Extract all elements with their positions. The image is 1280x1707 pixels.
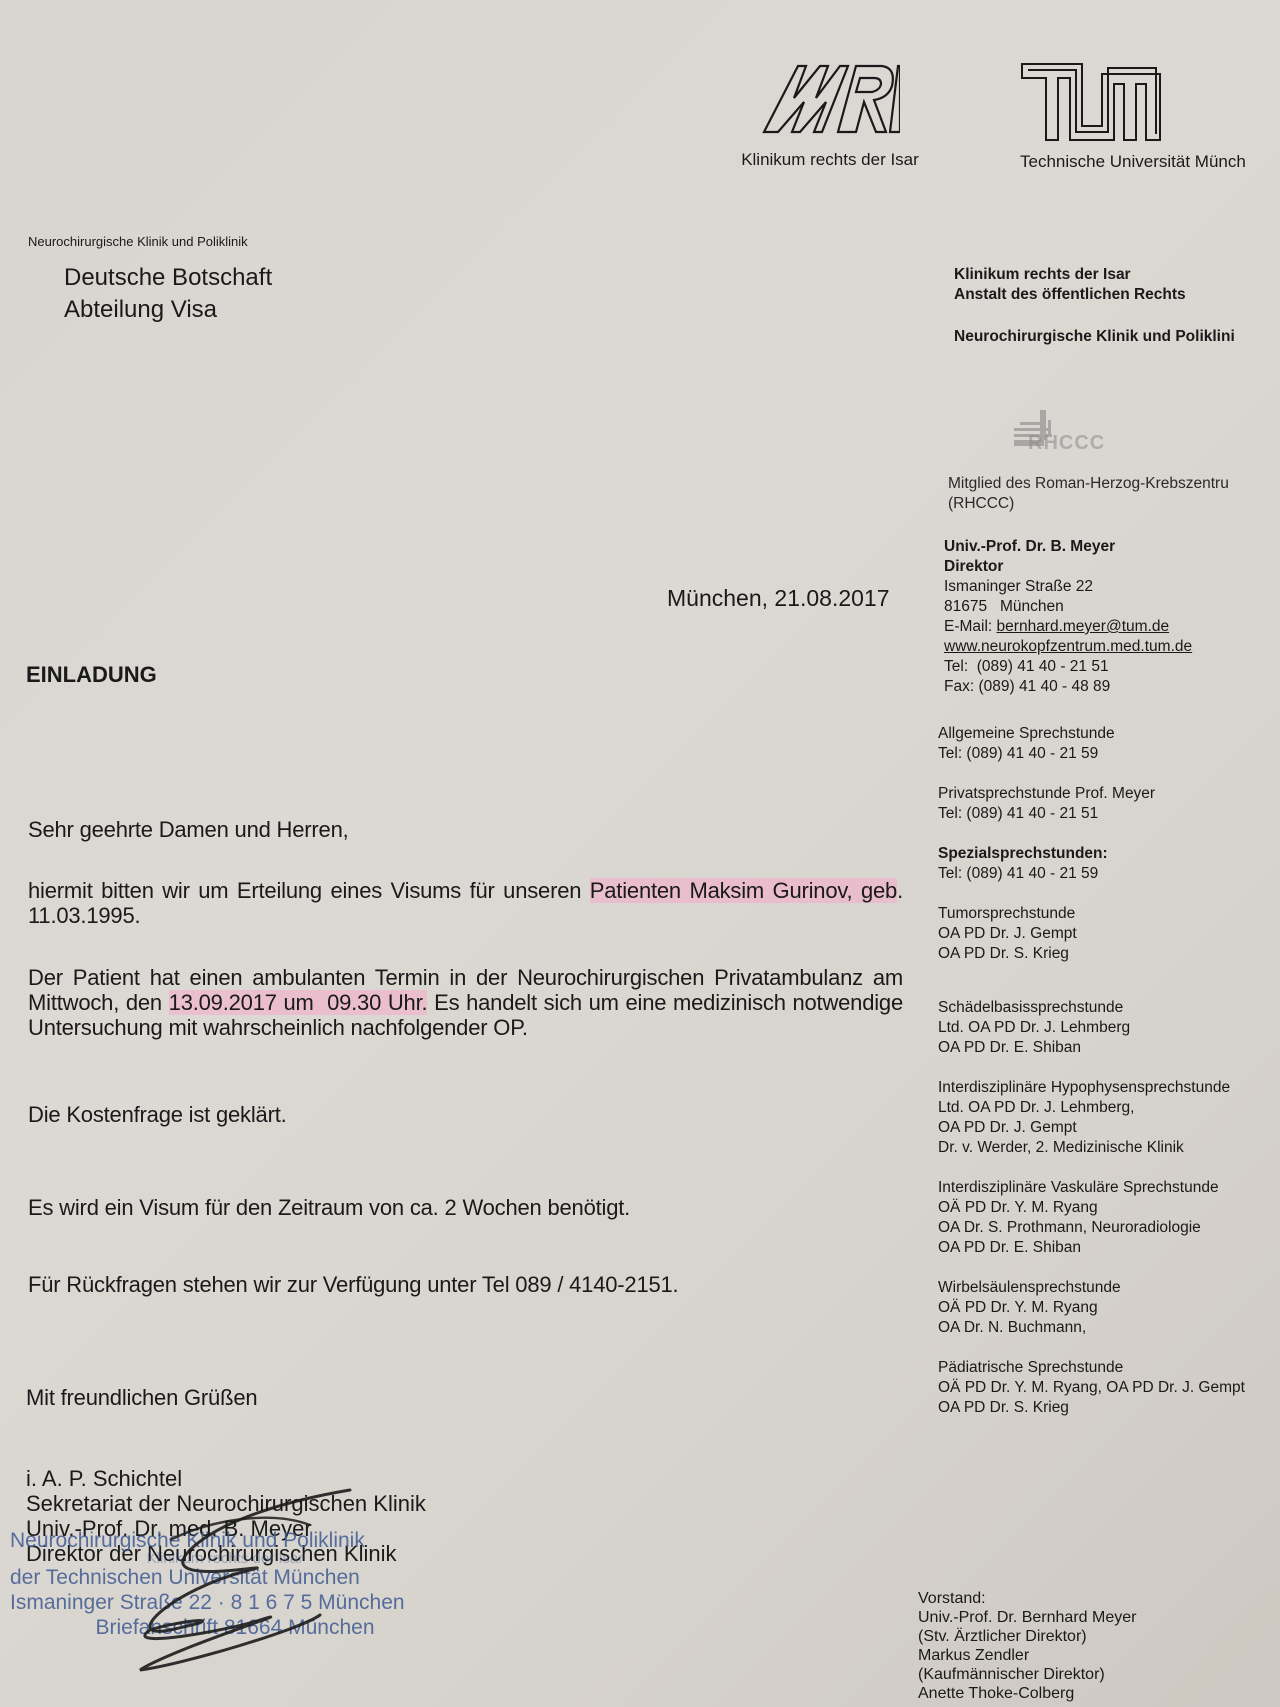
board-member-line: (Stv. Ärztlicher Direktor) bbox=[918, 1627, 1136, 1646]
consultation-section: Spezialsprechstunden:Tel: (089) 41 40 - … bbox=[938, 844, 1280, 884]
sidebar-membership: Mitglied des Roman-Herzog-Krebszentru (R… bbox=[948, 474, 1280, 514]
letter-title: EINLADUNG bbox=[26, 662, 157, 688]
paragraph-appointment: Der Patient hat einen ambulanten Termin … bbox=[28, 965, 903, 1040]
director-title: Direktor bbox=[944, 557, 1280, 577]
consultation-line: Dr. v. Werder, 2. Medizinische Klinik bbox=[938, 1138, 1280, 1158]
consultation-line: OA Dr. N. Buchmann, bbox=[938, 1318, 1280, 1338]
tum-caption: Technische Universität Münch bbox=[1020, 152, 1280, 172]
consultation-heading: Spezialsprechstunden: bbox=[938, 844, 1280, 864]
email-label: E-Mail: bbox=[944, 618, 997, 635]
sidebar-institution: Klinikum rechts der Isar Anstalt des öff… bbox=[954, 265, 1280, 347]
highlighted-patient-name: Patienten Maksim Gurinov, geb bbox=[590, 878, 897, 903]
consultation-line: Ltd. OA PD Dr. J. Lehmberg bbox=[938, 1018, 1280, 1038]
email-link[interactable]: bernhard.meyer@tum.de bbox=[997, 618, 1170, 635]
consultation-heading: Schädelbasissprechstunde bbox=[938, 998, 1280, 1018]
director-name: Univ.-Prof. Dr. B. Meyer bbox=[944, 537, 1280, 557]
tum-logo-icon bbox=[1020, 62, 1162, 142]
institution-name: Klinikum rechts der Isar bbox=[954, 265, 1280, 285]
consultation-line: Tel: (089) 41 40 - 21 59 bbox=[938, 744, 1280, 764]
consultation-line: OA PD Dr. E. Shiban bbox=[938, 1238, 1280, 1258]
paragraph-visa-duration: Es wird ein Visum für den Zeitraum von c… bbox=[28, 1195, 903, 1220]
board-member-line: Markus Zendler bbox=[918, 1646, 1136, 1665]
rhccc-logo: RHCCC bbox=[1010, 408, 1070, 453]
recipient-address: Deutsche Botschaft Abteilung Visa bbox=[64, 262, 272, 326]
consultation-line: Tel: (089) 41 40 - 21 51 bbox=[938, 804, 1280, 824]
consultation-line: OA PD Dr. E. Shiban bbox=[938, 1038, 1280, 1058]
phone-number: Tel: (089) 41 40 - 21 51 bbox=[944, 657, 1280, 677]
mri-logo-icon bbox=[760, 58, 900, 140]
consultation-heading: Privatsprechstunde Prof. Meyer bbox=[938, 784, 1280, 804]
membership-line-2: (RHCCC) bbox=[948, 494, 1280, 514]
mri-logo-block: Klinikum rechts der Isar bbox=[720, 58, 940, 170]
closing: Mit freundlichen Grüßen bbox=[26, 1385, 901, 1410]
recipient-line-1: Deutsche Botschaft bbox=[64, 262, 272, 294]
consultation-heading: Wirbelsäulensprechstunde bbox=[938, 1278, 1280, 1298]
board-member-line: Univ.-Prof. Dr. Bernhard Meyer bbox=[918, 1608, 1136, 1627]
consultation-section: WirbelsäulensprechstundeOÄ PD Dr. Y. M. … bbox=[938, 1278, 1280, 1338]
consultation-line: Tel: (089) 41 40 - 21 59 bbox=[938, 864, 1280, 884]
letter-date: München, 21.08.2017 bbox=[667, 585, 890, 612]
consultation-section: Pädiatrische SprechstundeOÄ PD Dr. Y. M.… bbox=[938, 1358, 1280, 1418]
consultation-line: OA PD Dr. S. Krieg bbox=[938, 1398, 1280, 1418]
consultation-line: OÄ PD Dr. Y. M. Ryang bbox=[938, 1298, 1280, 1318]
consultation-section: Allgemeine SprechstundeTel: (089) 41 40 … bbox=[938, 724, 1280, 764]
consultation-heading: Tumorsprechstunde bbox=[938, 904, 1280, 924]
consultation-line: Ltd. OA PD Dr. J. Lehmberg, bbox=[938, 1098, 1280, 1118]
salutation: Sehr geehrte Damen und Herren, bbox=[28, 817, 903, 842]
consultation-heading: Allgemeine Sprechstunde bbox=[938, 724, 1280, 744]
consultation-line: OA PD Dr. S. Krieg bbox=[938, 944, 1280, 964]
institution-legal-form: Anstalt des öffentlichen Rechts bbox=[954, 285, 1280, 305]
consultation-line: OA Dr. S. Prothmann, Neuroradiologie bbox=[938, 1218, 1280, 1238]
consultation-heading: Pädiatrische Sprechstunde bbox=[938, 1358, 1280, 1378]
sidebar-contact: Univ.-Prof. Dr. B. Meyer Direktor Ismani… bbox=[944, 537, 1280, 697]
tum-logo-block: Technische Universität Münch bbox=[1020, 62, 1280, 172]
sidebar-department: Neurochirurgische Klinik und Poliklini bbox=[954, 327, 1280, 347]
consultation-heading: Interdisziplinäre Hypophysensprechstunde bbox=[938, 1078, 1280, 1098]
highlighted-appointment-date: 13.09.2017 um 09.30 Uhr. bbox=[169, 990, 428, 1015]
board-member-line: Anette Thoke-Colberg bbox=[918, 1684, 1136, 1703]
website-link[interactable]: www.neurokopfzentrum.med.tum.de bbox=[944, 638, 1192, 655]
handwritten-signature-icon bbox=[110, 1480, 390, 1680]
board-label: Vorstand: bbox=[918, 1589, 1136, 1608]
rhccc-logo-text: RHCCC bbox=[1028, 432, 1105, 455]
consultation-line: OA PD Dr. J. Gempt bbox=[938, 1118, 1280, 1138]
consultation-section: Interdisziplinäre Hypophysensprechstunde… bbox=[938, 1078, 1280, 1158]
board-member-line: (Kaufmännischer Direktor) bbox=[918, 1665, 1136, 1684]
fax-number: Fax: (089) 41 40 - 48 89 bbox=[944, 677, 1280, 697]
consultation-line: OÄ PD Dr. Y. M. Ryang, OA PD Dr. J. Gemp… bbox=[938, 1378, 1280, 1398]
recipient-line-2: Abteilung Visa bbox=[64, 294, 272, 326]
mri-caption: Klinikum rechts der Isar bbox=[720, 150, 940, 170]
consultation-heading: Interdisziplinäre Vaskuläre Sprechstunde bbox=[938, 1178, 1280, 1198]
address-street: Ismaninger Straße 22 bbox=[944, 577, 1280, 597]
email-row: E-Mail: bernhard.meyer@tum.de bbox=[944, 617, 1280, 637]
consultation-section: Privatsprechstunde Prof. MeyerTel: (089)… bbox=[938, 784, 1280, 824]
membership-line-1: Mitglied des Roman-Herzog-Krebszentru bbox=[948, 474, 1280, 494]
paragraph-contact: Für Rückfragen stehen wir zur Verfügung … bbox=[28, 1272, 903, 1297]
paragraph-costs: Die Kostenfrage ist geklärt. bbox=[28, 1102, 903, 1127]
consultation-section: Interdisziplinäre Vaskuläre Sprechstunde… bbox=[938, 1178, 1280, 1258]
sidebar-board: Vorstand: Univ.-Prof. Dr. Bernhard Meyer… bbox=[918, 1589, 1136, 1703]
consultation-section: SchädelbasissprechstundeLtd. OA PD Dr. J… bbox=[938, 998, 1280, 1058]
paragraph-visa-request: hiermit bitten wir um Erteilung eines Vi… bbox=[28, 878, 903, 928]
consultation-section: TumorsprechstundeOA PD Dr. J. GemptOA PD… bbox=[938, 904, 1280, 964]
consultation-line: OA PD Dr. J. Gempt bbox=[938, 924, 1280, 944]
address-city: 81675 München bbox=[944, 597, 1280, 617]
p1-text: hiermit bitten wir um Erteilung eines Vi… bbox=[28, 878, 590, 903]
sender-department-line: Neurochirurgische Klinik und Poliklinik bbox=[28, 234, 248, 249]
sidebar-consultation-hours: Allgemeine SprechstundeTel: (089) 41 40 … bbox=[938, 724, 1280, 1438]
consultation-line: OÄ PD Dr. Y. M. Ryang bbox=[938, 1198, 1280, 1218]
